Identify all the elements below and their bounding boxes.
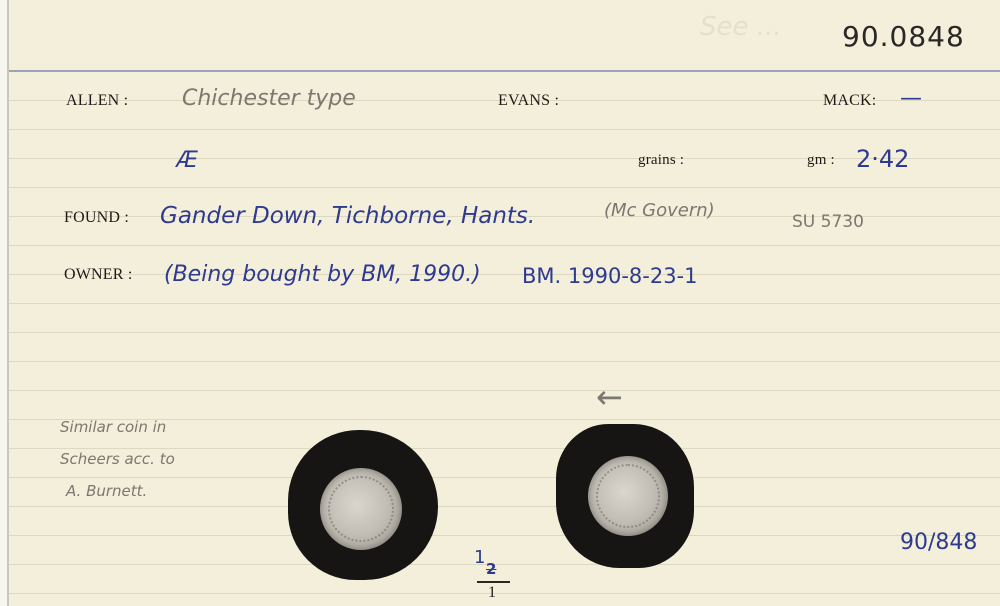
header-rule bbox=[9, 70, 1000, 72]
registration-number: BM. 1990-8-23-1 bbox=[522, 264, 698, 288]
side-note-line-1: Similar coin in bbox=[60, 418, 166, 436]
coin-reverse-photo bbox=[588, 456, 668, 536]
card-left-edge bbox=[0, 0, 9, 606]
evans-label: EVANS : bbox=[498, 92, 559, 110]
allen-value: Chichester type bbox=[182, 86, 356, 111]
scale-fraction-bar bbox=[477, 581, 510, 583]
coin-reverse-mount bbox=[556, 424, 694, 568]
side-note-line-3: A. Burnett. bbox=[66, 482, 147, 500]
gm-value: 2·42 bbox=[856, 145, 909, 173]
owner-label: OWNER : bbox=[64, 266, 133, 284]
gm-label: gm : bbox=[807, 152, 835, 169]
found-value: Gander Down, Tichborne, Hants. bbox=[160, 203, 535, 229]
metal-value: Æ bbox=[176, 148, 197, 173]
direction-arrow-icon: ← bbox=[596, 378, 623, 416]
coin-obverse-mount bbox=[288, 430, 438, 580]
scale-denominator: 1 bbox=[488, 584, 496, 602]
allen-label: ALLEN : bbox=[66, 92, 128, 110]
catalog-number: 90.0848 bbox=[842, 20, 965, 53]
side-note-line-2: Scheers acc. to bbox=[60, 450, 175, 468]
found-label: FOUND : bbox=[64, 209, 129, 227]
coin-reverse-pattern bbox=[596, 464, 660, 528]
ghost-show-through-text: See ... bbox=[700, 12, 782, 42]
coin-obverse-pattern bbox=[328, 476, 394, 542]
grid-reference: SU 5730 bbox=[792, 212, 864, 232]
bottom-reference-number: 90/848 bbox=[900, 530, 977, 555]
grains-label: grains : bbox=[638, 152, 684, 169]
coin-obverse-photo bbox=[320, 468, 402, 550]
index-card: See ... 90.0848 ALLEN : Chichester type … bbox=[0, 0, 1000, 606]
scale-correction: 2 bbox=[486, 560, 496, 578]
owner-value: (Being bought by BM, 1990.) bbox=[164, 262, 481, 287]
scale-numerator: 1 bbox=[474, 547, 485, 568]
found-note: (Mc Govern) bbox=[604, 200, 715, 221]
mack-label: MACK: bbox=[823, 92, 876, 110]
mack-value: — bbox=[900, 86, 922, 111]
